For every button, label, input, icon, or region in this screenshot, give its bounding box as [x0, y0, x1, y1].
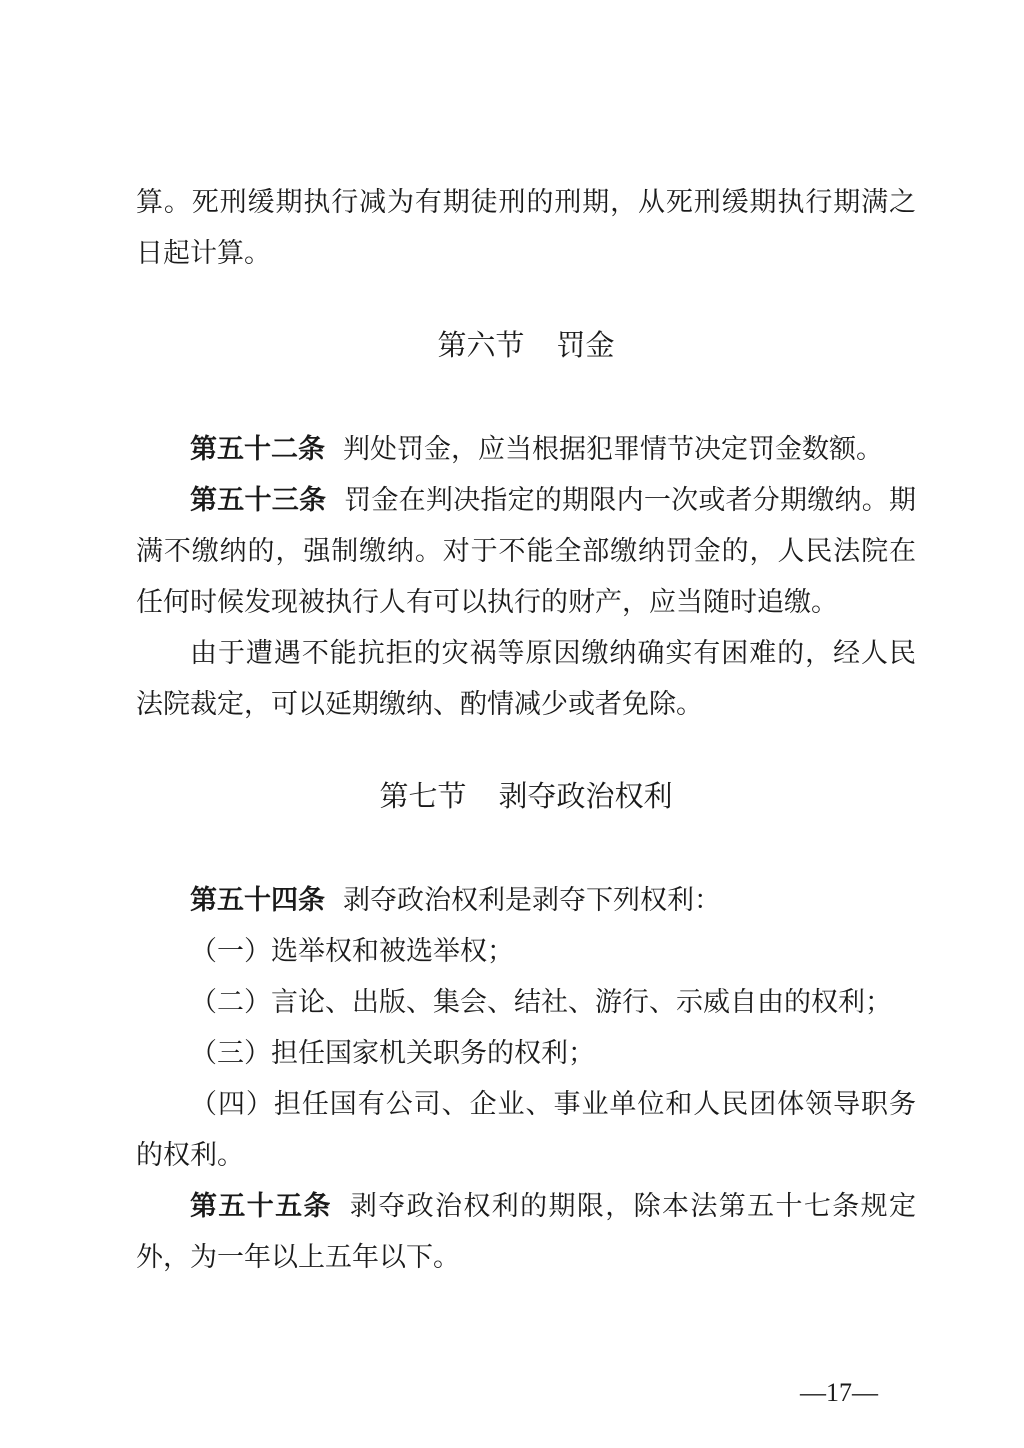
article-53-paragraph-2: 由于遭遇不能抗拒的灾祸等原因缴纳确实有困难的，经人民法院裁定，可以延期缴纳、酌情…: [136, 628, 916, 730]
article-54-paragraph: 第五十四条剥夺政治权利是剥夺下列权利：: [136, 875, 916, 926]
section-heading-deprivation: 第七节剥夺政治权利: [136, 772, 916, 823]
article-52-number: 第五十二条: [190, 434, 325, 464]
article-54-item-3: （三）担任国家机关职务的权利；: [136, 1028, 916, 1079]
article-52-paragraph: 第五十二条判处罚金，应当根据犯罪情节决定罚金数额。: [136, 424, 916, 475]
page-content: 算。死刑缓期执行减为有期徒刑的刑期，从死刑缓期执行期满之日起计算。 第六节罚金 …: [136, 177, 916, 1283]
article-54-text: 剥夺政治权利是剥夺下列权利：: [343, 885, 721, 915]
article-54-item-1: （一）选举权和被选举权；: [136, 926, 916, 977]
article-54-item-2: （二）言论、出版、集会、结社、游行、示威自由的权利；: [136, 977, 916, 1028]
page-number: —17—: [800, 1377, 878, 1409]
article-52-text: 判处罚金，应当根据犯罪情节决定罚金数额。: [343, 434, 883, 464]
article-55-paragraph: 第五十五条剥夺政治权利的期限，除本法第五十七条规定外，为一年以上五年以下。: [136, 1181, 916, 1283]
section-heading-fine: 第六节罚金: [136, 321, 916, 372]
section-title: 罚金: [557, 330, 615, 362]
article-54-item-4: （四）担任国有公司、企业、事业单位和人民团体领导职务的权利。: [136, 1079, 916, 1181]
section-title: 剥夺政治权利: [499, 781, 673, 813]
document-page: 算。死刑缓期执行减为有期徒刑的刑期，从死刑缓期执行期满之日起计算。 第六节罚金 …: [0, 0, 1024, 1448]
article-54-number: 第五十四条: [190, 885, 325, 915]
section-number: 第六节: [437, 330, 524, 362]
continuation-paragraph: 算。死刑缓期执行减为有期徒刑的刑期，从死刑缓期执行期满之日起计算。: [136, 177, 916, 279]
article-53-number: 第五十三条: [190, 485, 326, 515]
section-number: 第七节: [379, 781, 466, 813]
article-55-number: 第五十五条: [190, 1191, 332, 1221]
article-53-paragraph: 第五十三条罚金在判决指定的期限内一次或者分期缴纳。期满不缴纳的，强制缴纳。对于不…: [136, 475, 916, 628]
